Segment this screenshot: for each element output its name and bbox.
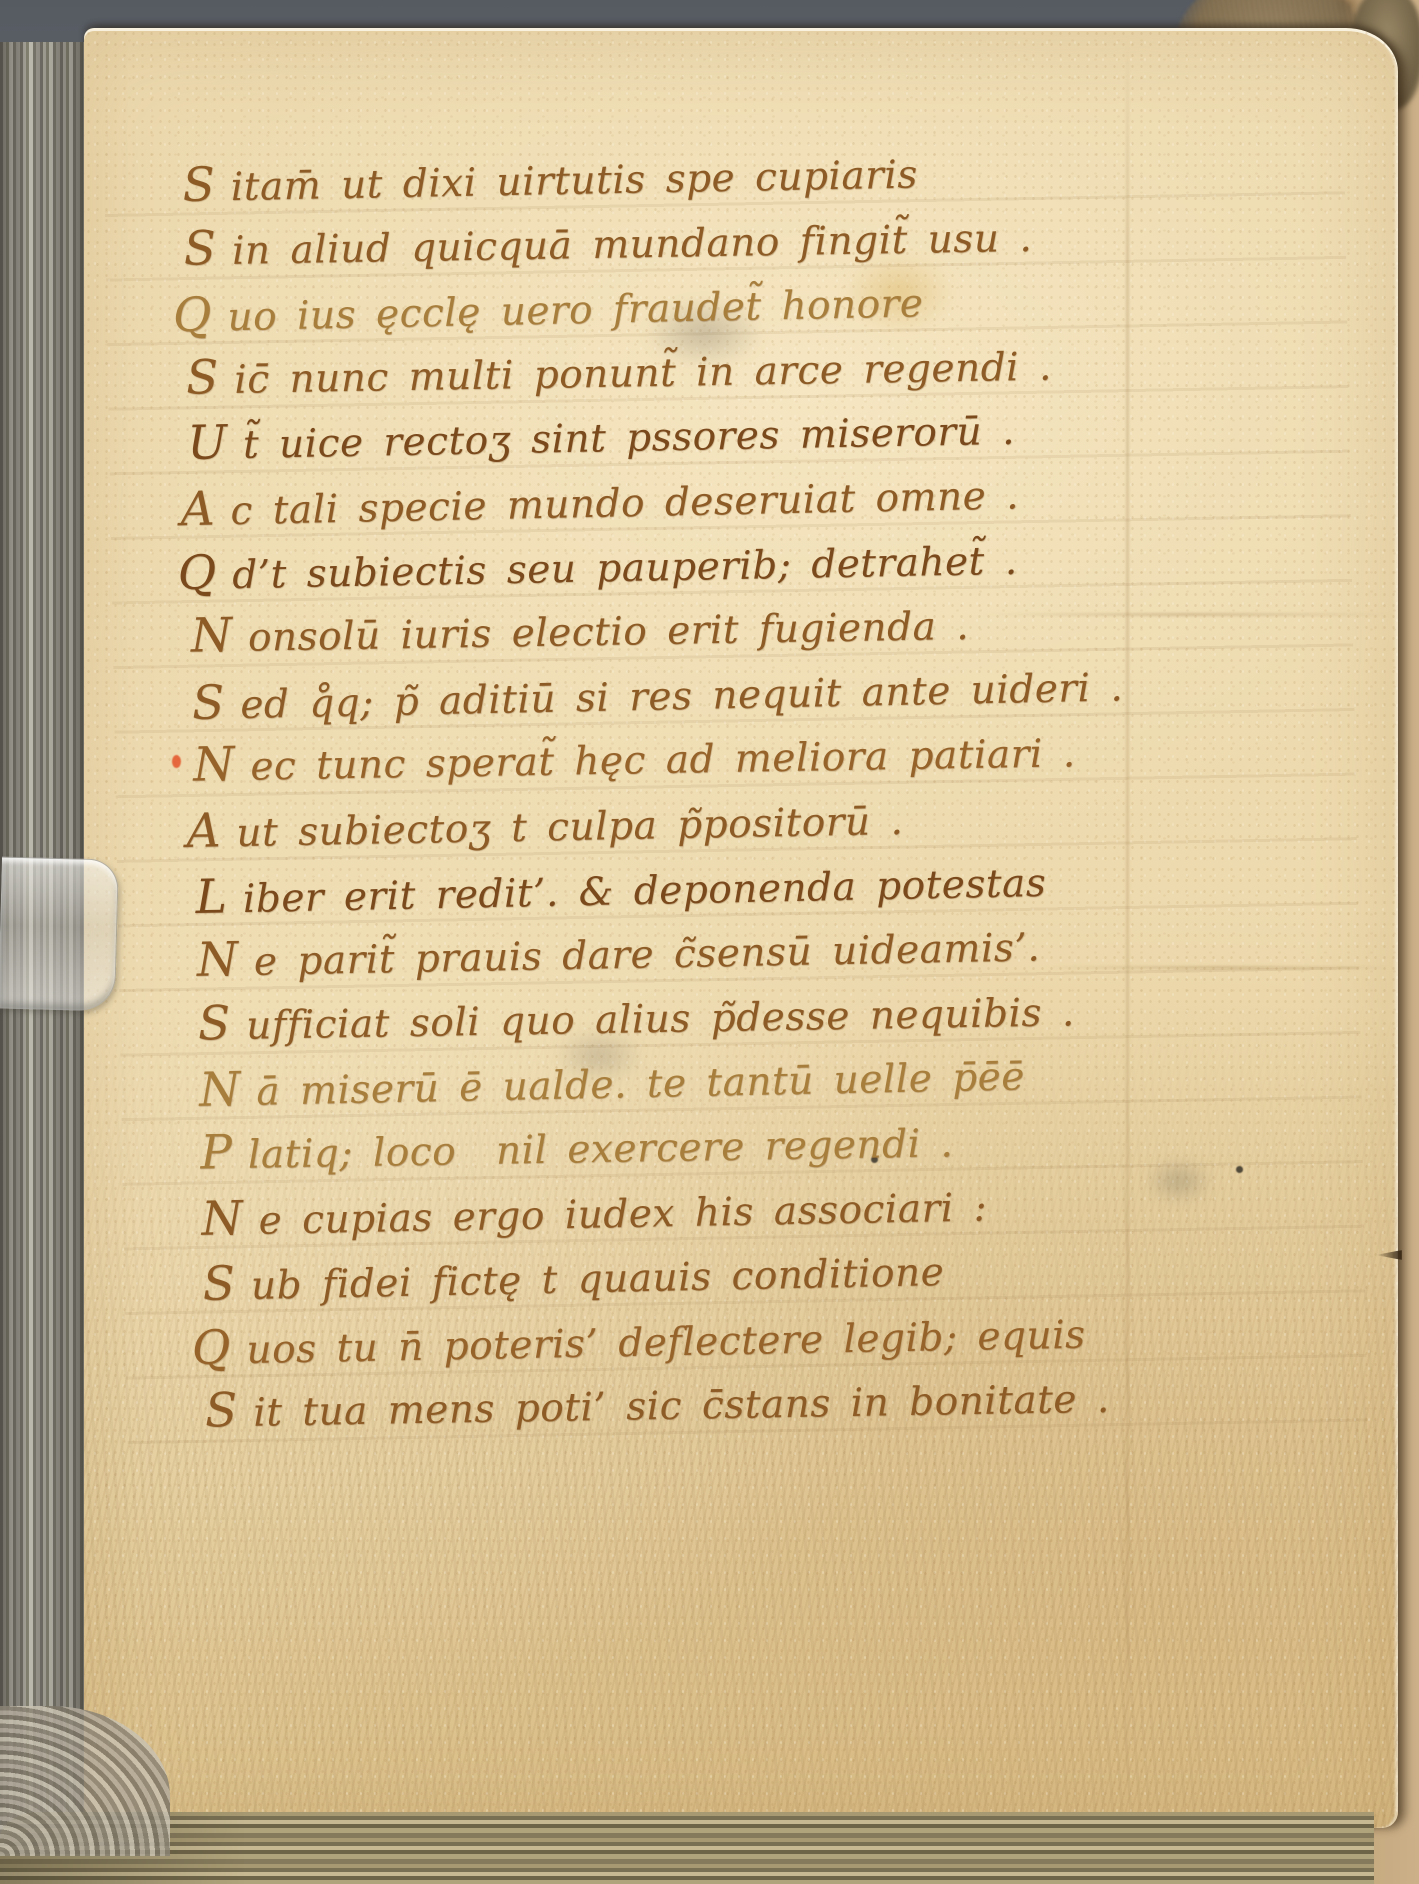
manuscript-text-block: S itam̄ ut dixi uirtutis spe cupiaris S … [182,131,1419,1446]
line-initial-letter: N [199,1058,241,1123]
line-initial-letter: Q [191,1316,231,1381]
red-pigment-fleck [172,755,181,768]
line-initial-letter: N [190,604,232,669]
page-edges-bottom-stack [0,1812,1374,1884]
line-initial-letter: S [191,671,224,736]
line-initial-letter: N [201,1187,243,1252]
line-initial-letter: S [205,1379,238,1444]
line-initial-letter: Q [177,541,217,606]
line-initial-letter: S [182,153,215,218]
parchment-page: S itam̄ ut dixi uirtutis spe cupiaris S … [84,28,1398,1828]
line-initial-letter: L [195,865,228,930]
line-initial-letter: S [183,217,216,282]
line-initial-letter: S [186,346,219,411]
line-initial-letter: S [202,1252,235,1317]
manuscript-page-photo: S itam̄ ut dixi uirtutis spe cupiaris S … [0,0,1419,1884]
line-initial-letter: A [180,477,215,542]
plastic-page-clip [0,856,119,1011]
line-initial-letter: P [200,1121,233,1186]
line-initial-letter: Q [172,284,212,349]
line-initial-letter: A [186,799,221,864]
line-text: ic̄ nunc multi ponunt̃ in arce regendi . [234,335,1053,413]
line-initial-letter: U [187,412,228,477]
line-text: latiq; loco nil exercere regendi . [247,1112,953,1188]
line-initial-letter: N [193,733,235,798]
line-initial-letter: N [196,928,238,993]
line-initial-letter: S [197,992,230,1057]
